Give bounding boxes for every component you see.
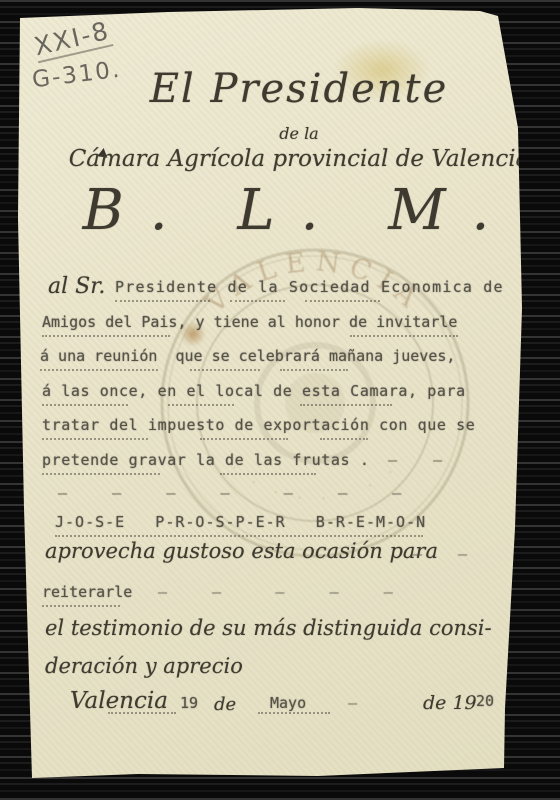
underline-segment	[350, 335, 458, 337]
dateline-de2: de 19	[423, 692, 477, 714]
underline-segment	[200, 438, 288, 440]
blm-formula: B. L. M.	[18, 178, 552, 243]
closing-script-1: aprovecha gustoso esta ocasión para	[45, 539, 438, 563]
closing-script-2: el testimonio de su más distinguida cons…	[45, 616, 492, 640]
underline-segment	[190, 369, 260, 371]
reiterarle-fill: — — — — —	[158, 583, 393, 601]
underline-segment	[305, 300, 380, 302]
body-line-6: pretende gravar la de las frutas .	[42, 451, 369, 469]
dateline-place: Valencia	[70, 688, 168, 714]
form-line	[55, 535, 423, 537]
underline-segment	[115, 300, 210, 302]
form-line	[258, 712, 330, 714]
filler-dash-row: — — — — — — —	[58, 484, 401, 502]
signatory-name: J-O-S-E P-R-O-S-P-E-R B-R-E-M-O-N	[55, 513, 426, 531]
underline-segment	[280, 369, 348, 371]
underline-segment	[42, 404, 128, 406]
body-line-5: tratar del impuesto de exportación con q…	[42, 416, 475, 434]
dateline-de1: de	[214, 694, 236, 715]
dateline-year: 20	[476, 692, 560, 710]
body-line-6-fill: — —	[388, 451, 442, 469]
underline-segment	[42, 438, 148, 440]
body-line-4: á las once, en el local de esta Camara, …	[42, 382, 466, 400]
underline-segment	[230, 300, 285, 302]
reiterarle-word: reiterarle	[42, 583, 132, 601]
dateline-month: Mayo	[270, 694, 306, 712]
underline-segment	[320, 438, 368, 440]
form-line	[108, 712, 176, 714]
scanned-document: VALENCIA · · · · · · · · XXI-8 G-310. El…	[0, 0, 560, 800]
dateline-fill: —	[348, 694, 357, 712]
closing-fill-1: — —	[413, 545, 467, 563]
underline-segment	[220, 473, 316, 475]
underline-segment	[42, 473, 160, 475]
letterhead-dela: de la	[18, 124, 552, 143]
closing-script-3: deración y aprecio	[45, 654, 243, 678]
underline-segment	[42, 335, 170, 337]
underline-segment	[168, 404, 234, 406]
body-line-3: á una reunión que se celebrará mañana ju…	[40, 347, 455, 365]
letterhead-organization: Cámara Agrícola provincial de Valencia	[18, 146, 552, 172]
letter-paper: VALENCIA · · · · · · · · XXI-8 G-310. El…	[18, 8, 524, 782]
salutation: al Sr.	[48, 274, 105, 299]
dateline-day: 19	[180, 694, 198, 712]
letterhead-title: El Presidente	[18, 66, 552, 112]
underline-segment	[40, 369, 158, 371]
body-line-1: Presidente de la Sociedad Economica de	[115, 278, 504, 296]
underline-segment	[42, 605, 120, 607]
underline-segment	[300, 404, 392, 406]
body-line-2: Amigos del Pais, y tiene al honor de inv…	[42, 313, 457, 331]
pencil-mark-top: XXI-8	[31, 16, 113, 63]
